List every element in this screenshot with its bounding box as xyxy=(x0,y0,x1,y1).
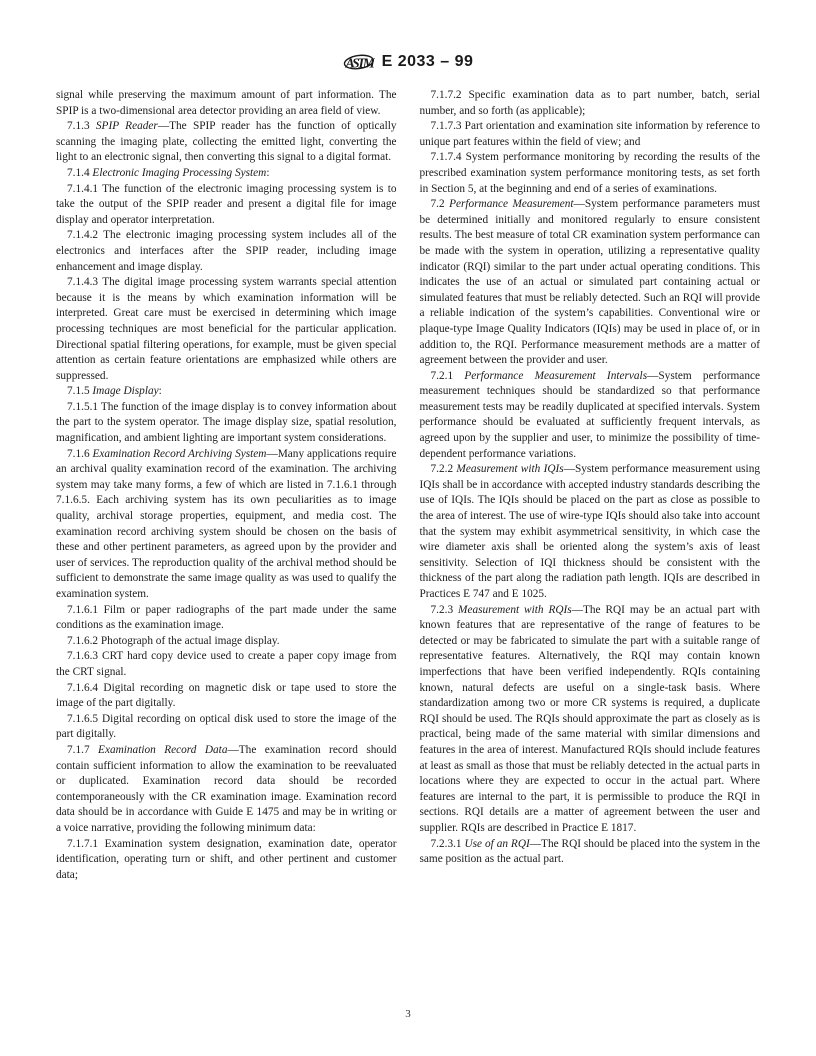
document-header: ASTM E 2033 – 99 xyxy=(56,44,760,80)
paragraph: 7.2.2 Measurement with IQIs—System perfo… xyxy=(420,462,761,602)
paragraph: 7.1.3 SPIP Reader—The SPIP reader has th… xyxy=(56,119,397,166)
paragraph: 7.1.7.1 Examination system designation, … xyxy=(56,837,397,884)
paragraph: 7.2 Performance Measurement—System perfo… xyxy=(420,197,761,369)
page-number: 3 xyxy=(0,1008,816,1020)
astm-logo-icon: ASTM xyxy=(343,47,375,77)
paragraph: 7.2.3 Measurement with RQIs—The RQI may … xyxy=(420,603,761,837)
paragraph: 7.1.7 Examination Record Data—The examin… xyxy=(56,743,397,837)
doc-number: E 2033 – 99 xyxy=(382,53,474,71)
paragraph: 7.1.4 Electronic Imaging Processing Syst… xyxy=(56,166,397,182)
paragraph: 7.1.7.3 Part orientation and examination… xyxy=(420,119,761,150)
paragraph: 7.1.5 Image Display: xyxy=(56,384,397,400)
paragraph: 7.1.4.3 The digital image processing sys… xyxy=(56,275,397,384)
left-column: signal while preserving the maximum amou… xyxy=(56,88,397,883)
paragraph: 7.1.6.3 CRT hard copy device used to cre… xyxy=(56,649,397,680)
paragraph: 7.1.4.2 The electronic imaging processin… xyxy=(56,228,397,275)
right-column: 7.1.7.2 Specific examination data as to … xyxy=(420,88,761,868)
document-page: ASTM E 2033 – 99 signal while preserving… xyxy=(0,0,816,1056)
paragraph: 7.2.3.1 Use of an RQI—The RQI should be … xyxy=(420,837,761,868)
paragraph: 7.1.7.2 Specific examination data as to … xyxy=(420,88,761,119)
paragraph: 7.1.7.4 System performance monitoring by… xyxy=(420,150,761,197)
paragraph: 7.2.1 Performance Measurement Intervals—… xyxy=(420,369,761,463)
paragraph: 7.1.6.5 Digital recording on optical dis… xyxy=(56,712,397,743)
paragraph: 7.1.6.1 Film or paper radiographs of the… xyxy=(56,603,397,634)
paragraph: 7.1.6.2 Photograph of the actual image d… xyxy=(56,634,397,650)
two-column-body: signal while preserving the maximum amou… xyxy=(56,88,760,883)
paragraph: 7.1.5.1 The function of the image displa… xyxy=(56,400,397,447)
paragraph: 7.1.6.4 Digital recording on magnetic di… xyxy=(56,681,397,712)
paragraph: 7.1.6 Examination Record Archiving Syste… xyxy=(56,447,397,603)
paragraph: 7.1.4.1 The function of the electronic i… xyxy=(56,182,397,229)
paragraph: signal while preserving the maximum amou… xyxy=(56,88,397,119)
